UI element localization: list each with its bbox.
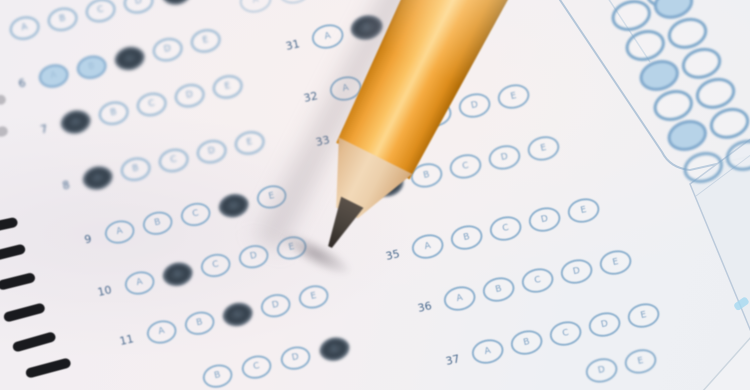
bubble-letter: E: [580, 206, 588, 216]
bubble-letter: E: [246, 138, 254, 148]
bubble-letter: A: [252, 0, 260, 5]
answer-bubble: B: [74, 53, 108, 82]
bubble-letter: A: [158, 327, 166, 337]
bubble-letter: D: [163, 45, 172, 55]
question-number: 6: [3, 77, 27, 93]
bubble-letter: D: [470, 100, 479, 110]
answer-bubble: D: [194, 137, 228, 166]
question-number: 10: [89, 284, 113, 300]
bubble-letter: D: [600, 319, 609, 329]
bubble-letter: C: [562, 328, 570, 338]
question-row: 8ABCDE: [45, 128, 266, 200]
answer-bubble: C: [156, 146, 190, 175]
answer-bubble: B: [508, 327, 545, 358]
bubble-letter: C: [148, 99, 156, 109]
bubble-letter: B: [196, 318, 204, 328]
answer-bubble: B: [182, 309, 216, 338]
bubble-letter: B: [523, 337, 531, 347]
answer-bubble: D: [456, 90, 493, 121]
answer-bubble: D: [150, 35, 184, 64]
bubble-letter: A: [484, 346, 492, 356]
answer-bubble: A: [469, 336, 506, 367]
bubble-letter: A: [72, 117, 80, 127]
question-number: 7: [25, 123, 49, 139]
bubble-letter: A: [21, 23, 29, 33]
bubble-letter: C: [534, 275, 542, 285]
question-row: 36ABCDE: [407, 247, 634, 321]
question-row: ABCDE: [7, 0, 193, 43]
bubble-letter: A: [456, 293, 464, 303]
pencil-graphite-tip: [318, 196, 364, 252]
bubble-letter: D: [271, 301, 280, 311]
bubble-letter: D: [540, 214, 549, 224]
answer-bubble: A: [7, 14, 41, 43]
bubble-letter: E: [331, 344, 339, 354]
answer-bubble: C: [83, 0, 117, 25]
bubble-letter: B: [423, 170, 431, 180]
answer-bubble: D: [236, 242, 270, 271]
bubble-letter: E: [310, 292, 318, 302]
answer-bubble: A: [102, 217, 136, 246]
answer-bubble: C: [178, 200, 212, 229]
bubble-letter: E: [612, 258, 620, 268]
bubble-letter: B: [495, 284, 503, 294]
answer-bubble: A: [36, 61, 70, 90]
bubble-letter: E: [640, 311, 648, 321]
answer-bubble: C: [547, 318, 584, 349]
answer-bubble: D: [558, 256, 595, 287]
answer-bubble: [722, 135, 750, 175]
bubble-letter: C: [234, 309, 242, 319]
bubble-letter: C: [461, 161, 469, 171]
filled-answer-bubble: D: [216, 191, 250, 220]
answer-bubble: A: [144, 317, 178, 346]
bubble-letter: C: [502, 223, 510, 233]
bubble-letter: B: [214, 371, 222, 381]
filled-answer-bubble: A: [80, 163, 114, 192]
answer-bubble: C: [239, 353, 273, 382]
answer-bubble: C: [487, 213, 524, 244]
bubble-letter: E: [637, 356, 645, 366]
answer-bubble: E: [232, 128, 266, 157]
answer-bubble: E: [296, 282, 330, 311]
bubble-letter: B: [59, 14, 67, 24]
answer-bubble: E: [565, 195, 602, 226]
filled-answer-bubble: E: [159, 0, 193, 8]
answer-bubble: B: [96, 99, 130, 128]
question-number: 36: [409, 300, 433, 316]
bubble-letter: A: [94, 173, 102, 183]
bubble-letter: C: [170, 155, 178, 165]
filled-answer-bubble: C: [220, 300, 254, 329]
answer-bubble: B: [480, 274, 517, 305]
bubble-letter: D: [185, 91, 194, 101]
answer-bubble: D: [121, 0, 155, 16]
bubble-letter: C: [253, 362, 261, 372]
bubble-letter: B: [88, 62, 96, 72]
bubble-letter: E: [540, 143, 548, 153]
bubble-letter: E: [224, 82, 232, 92]
answer-bubble: B: [45, 5, 79, 34]
answer-bubble: D: [278, 344, 312, 373]
answer-bubble: C: [198, 251, 232, 280]
answer-bubble: D: [583, 355, 620, 386]
bubble-letter: A: [424, 241, 432, 251]
answer-bubble: B: [448, 222, 485, 253]
bubble-letter: E: [510, 92, 518, 102]
answer-bubble: [680, 148, 727, 188]
bubble-letter: A: [136, 278, 144, 288]
answer-bubble: A: [122, 268, 156, 297]
answer-bubble: B: [200, 362, 234, 390]
answer-sheet-photo: ABCDE6ABCDE7ABCDE8ABCDE9ABCDE10ABCDE11AB…: [0, 0, 750, 390]
filled-answer-bubble: E: [317, 335, 351, 364]
answer-bubble: D: [486, 142, 523, 173]
answer-bubble: B: [140, 209, 174, 238]
answer-bubble: D: [526, 204, 563, 235]
bubble-letter: D: [229, 201, 238, 211]
answer-bubble: E: [495, 81, 532, 112]
bubble-letter: B: [463, 232, 471, 242]
answer-bubble: A: [409, 231, 446, 262]
answer-bubble: A: [441, 283, 478, 314]
question-row: BCDE: [200, 335, 351, 390]
question-row: AB: [237, 0, 313, 16]
answer-bubble: C: [134, 90, 168, 119]
filled-answer-bubble: B: [160, 260, 194, 289]
answer-bubble: C: [519, 265, 556, 296]
filled-answer-bubble: C: [112, 44, 146, 73]
answer-bubble: E: [525, 133, 562, 164]
question-row: 35ABCDE: [375, 195, 602, 269]
answer-bubble: E: [622, 346, 659, 377]
question-number: 8: [47, 179, 71, 195]
bubble-letter: D: [500, 152, 509, 162]
bubble-letter: C: [97, 5, 105, 15]
bubble-letter: D: [134, 0, 143, 7]
question-number: 9: [69, 233, 93, 249]
answer-bubble: B: [118, 155, 152, 184]
answer-bubble: D: [172, 81, 206, 110]
bubble-letter: E: [202, 36, 210, 46]
bubble-letter: B: [154, 218, 162, 228]
bubble-letter: D: [249, 252, 258, 262]
bubble-letter: B: [174, 269, 182, 279]
answer-bubble: D: [258, 291, 292, 320]
question-number: 11: [111, 333, 135, 349]
bubble-letter: A: [324, 31, 332, 41]
bubble-letter: B: [132, 164, 140, 174]
bubble-letter: A: [116, 227, 124, 237]
filled-answer-bubble: A: [58, 107, 92, 136]
question-number: 31: [277, 38, 301, 54]
answer-bubble: E: [625, 300, 662, 331]
bubble-letter: D: [207, 147, 216, 157]
answer-bubble: E: [188, 26, 222, 55]
answer-bubble: A: [237, 0, 274, 16]
answer-bubble: E: [210, 72, 244, 101]
bubble-letter: D: [597, 365, 606, 375]
question-row: DE: [583, 346, 659, 386]
bubble-letter: A: [50, 71, 58, 81]
answer-bubble: C: [447, 151, 484, 182]
question-number: 37: [437, 353, 461, 369]
bubble-letter: D: [291, 353, 300, 363]
answer-bubble: D: [586, 309, 623, 340]
answer-bubble: E: [597, 247, 634, 278]
bubble-letter: C: [192, 209, 200, 219]
bubble-letter: C: [126, 53, 134, 63]
bubble-letter: B: [110, 108, 118, 118]
answer-bubble: B: [276, 0, 313, 7]
bubble-letter: D: [572, 266, 581, 276]
bubble-letter: C: [212, 260, 220, 270]
